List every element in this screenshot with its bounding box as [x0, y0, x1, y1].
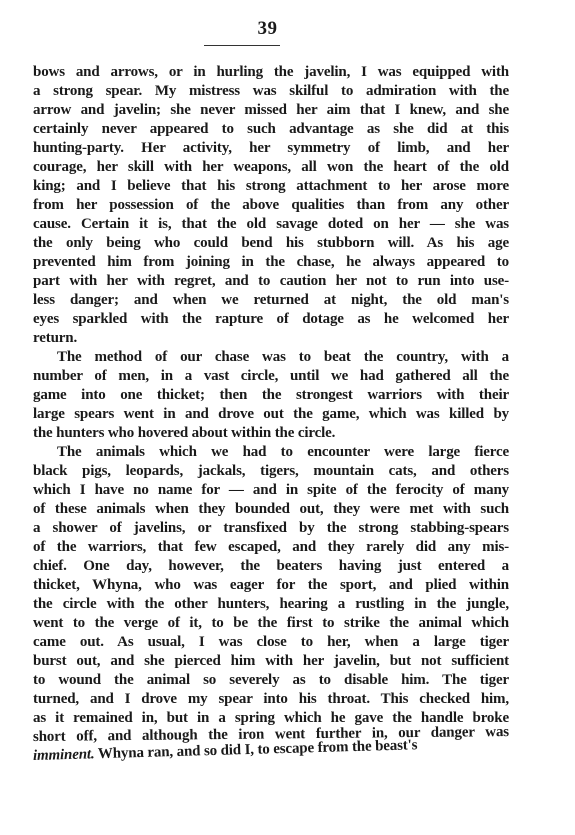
text-line: number of men, in a vast circle, until w…	[33, 367, 509, 386]
text-line: game into one thicket; then the stronges…	[33, 386, 509, 405]
paragraph-1: bows and arrows, or in hurling the javel…	[33, 63, 509, 348]
text-line: courage, her skill with her weapons, all…	[33, 158, 509, 177]
text-line: hunting-party. Her activity, her symmetr…	[33, 139, 509, 158]
text-line: The method of our chase was to beat the …	[33, 348, 509, 367]
text-line: large spears went in and drove out the g…	[33, 405, 509, 424]
text-line: turned, and I drove my spear into his th…	[33, 690, 509, 709]
paragraph-2: The method of our chase was to beat the …	[33, 348, 509, 443]
text-line: The animals which we had to encounter we…	[33, 443, 509, 462]
text-line: of the warriors, that few escaped, and t…	[33, 538, 509, 557]
text-line: a strong spear. My mistress was skilful …	[33, 82, 509, 101]
text-line: certainly never appeared to such advanta…	[33, 120, 509, 139]
text-line: bows and arrows, or in hurling the javel…	[33, 63, 509, 82]
text-line: eyes sparkled with the rapture of dotage…	[33, 310, 509, 329]
text-line: of these animals when they bounded out, …	[33, 500, 509, 519]
italic-word: imminent.	[33, 746, 95, 764]
page-number: 39	[0, 18, 535, 40]
text-line: thicket, Whyna, who was eager for the sp…	[33, 576, 509, 595]
text-line: less danger; and when we returned at nig…	[33, 291, 509, 310]
text-line: chief. One day, however, the beaters hav…	[33, 557, 509, 576]
text-line: to wound the animal so severely as to di…	[33, 671, 509, 690]
text-line: the circle with the other hunters, heari…	[33, 595, 509, 614]
text-line: from her possession of the above qualiti…	[33, 196, 509, 215]
text-line: went to the verge of it, to be the first…	[33, 614, 509, 633]
text-line: arrow and javelin; she never missed her …	[33, 101, 509, 120]
text-line: the hunters who hovered about within the…	[33, 424, 509, 443]
text-line: black pigs, leopards, jackals, tigers, m…	[33, 462, 509, 481]
text-line: return.	[33, 329, 509, 348]
header-rule	[204, 45, 280, 46]
text-line: cause. Certain it is, that the old savag…	[33, 215, 509, 234]
text-line: came out. As usual, I was close to her, …	[33, 633, 509, 652]
paragraph-3: The animals which we had to encounter we…	[33, 443, 509, 766]
text-line: a shower of javelins, or transfixed by t…	[33, 519, 509, 538]
text-line: king; and I believe that his strong atta…	[33, 177, 509, 196]
body-text: bows and arrows, or in hurling the javel…	[33, 63, 509, 766]
text-line: part with her with regret, and to cautio…	[33, 272, 509, 291]
text-line: burst out, and she pierced him with her …	[33, 652, 509, 671]
text-line: prevented him from joining in the chase,…	[33, 253, 509, 272]
text-line: the only being who could bend his stubbo…	[33, 234, 509, 253]
text-line: which I have no name for — and in spite …	[33, 481, 509, 500]
